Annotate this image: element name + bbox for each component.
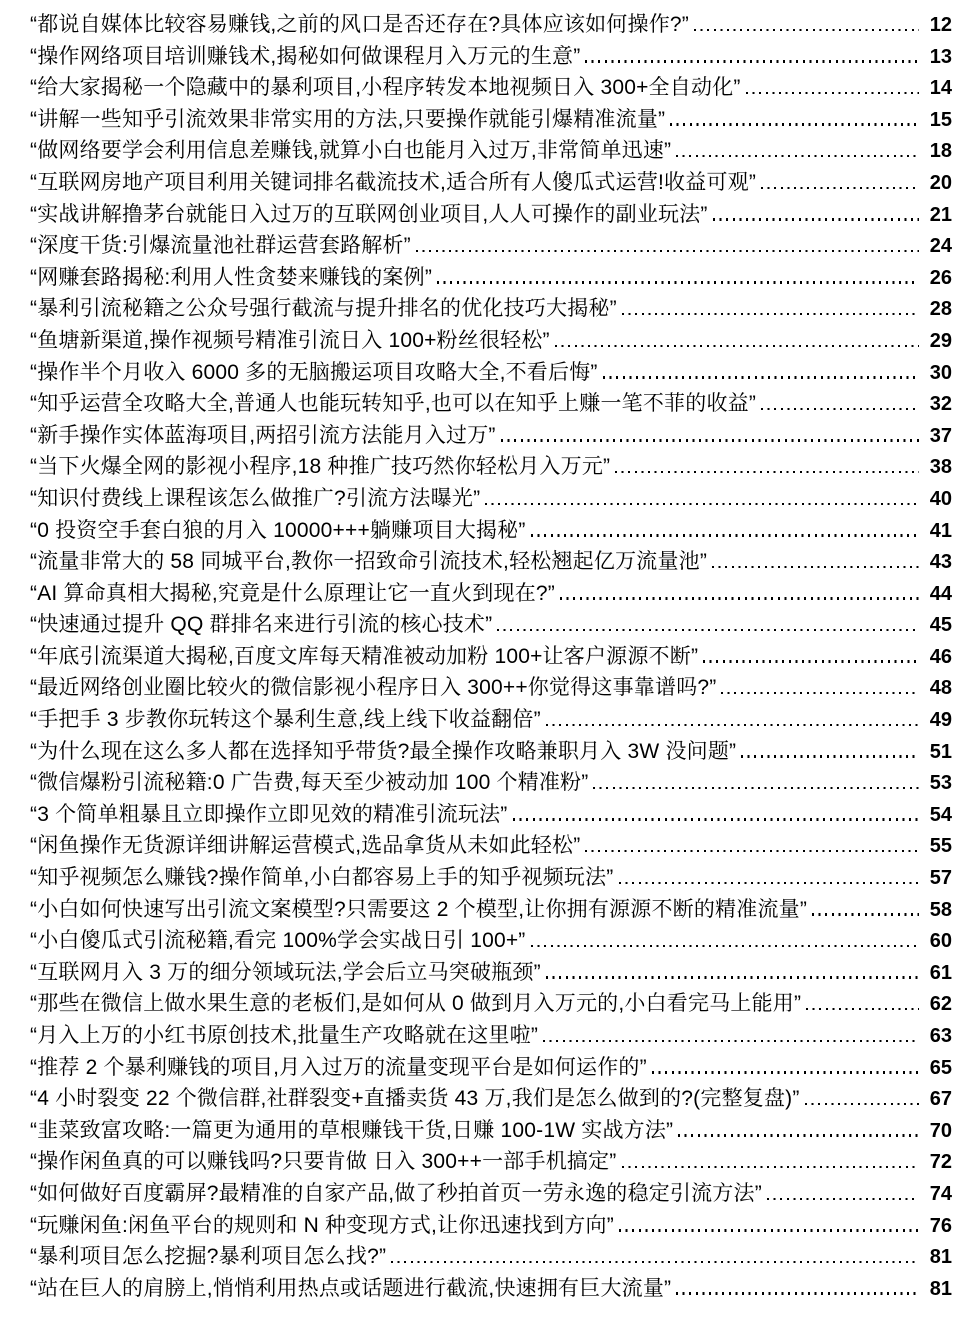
toc-entry-title: “那些在微信上做水果生意的老板们,是如何从 0 做到月入万元的,小白看完马上能用… [30, 988, 801, 1020]
toc-entry-page: 46 [920, 642, 952, 674]
toc-entry-title: “3 个简单粗暴且立即操作立即见效的精准引流玩法” [30, 799, 508, 831]
toc-entry-page: 32 [920, 389, 952, 421]
toc-entry-title: “网赚套路揭秘:利用人性贪婪来赚钱的案例” [30, 262, 432, 294]
toc-entry-title: “暴利项目怎么挖掘?暴利项目怎么找?” [30, 1241, 386, 1273]
toc-entry-title: “快速通过提升 QQ 群排名来进行引流的核心技术” [30, 609, 492, 641]
toc-entry[interactable]: “小白如何快速写出引流文案模型?只需要这 2 个模型,让你拥有源源不断的精准流量… [30, 894, 952, 926]
toc-entry-title: “闲鱼操作无货源详细讲解运营模式,选品拿货从未如此轻松” [30, 830, 580, 862]
dot-leader [703, 660, 919, 662]
toc-entry[interactable]: “月入上万的小红书原创技术,批量生产攻略就在这里啦” 63 [30, 1020, 952, 1052]
dot-leader [485, 503, 919, 505]
toc-entry[interactable]: “鱼塘新渠道,操作视频号精准引流日入 100+粉丝很轻松” 29 [30, 325, 952, 357]
toc-entry-page: 24 [920, 231, 952, 263]
dot-leader [593, 787, 919, 789]
toc-entry-title: “互联网月入 3 万的细分领域玩法,学会后立马突破瓶颈” [30, 957, 541, 989]
toc-entry[interactable]: “为什么现在这么多人都在选择知乎带货?最全操作攻略兼职月入 3W 没问题” 51 [30, 736, 952, 768]
toc-entry[interactable]: “操作网络项目培训赚钱术,揭秘如何做课程月入万元的生意” 13 [30, 41, 952, 73]
toc-entry-title: “给大家揭秘一个隐藏中的暴利项目,小程序转发本地视频日入 300+全自动化” [30, 72, 741, 104]
dot-leader [619, 882, 920, 884]
toc-entry[interactable]: “都说自媒体比较容易赚钱,之前的风口是否还存在?具体应该如何操作?” 12 [30, 9, 952, 41]
toc-entry-page: 40 [920, 484, 952, 516]
toc-entry-title: “小白傻瓜式引流秘籍,看完 100%学会实战日引 100+” [30, 925, 526, 957]
toc-entry[interactable]: “AI 算命真相大揭秘,究竟是什么原理让它一直火到现在?” 44 [30, 578, 952, 610]
toc-entry-title: “互联网房地产项目利用关键词排名截流技术,适合所有人傻瓜式运营!收益可观” [30, 167, 756, 199]
toc-entry-title: “实战讲解撸茅台就能日入过万的互联网创业项目,人人可操作的副业玩法” [30, 199, 708, 231]
toc-entry-page: 14 [920, 73, 952, 105]
dot-leader [622, 313, 919, 315]
toc-entry-page: 41 [920, 516, 952, 548]
toc-entry-page: 63 [920, 1021, 952, 1053]
toc-entry-page: 53 [920, 768, 952, 800]
toc-entry[interactable]: “操作闲鱼真的可以赚钱吗?只要肯做 日入 300++一部手机搞定” 72 [30, 1146, 952, 1178]
dot-leader [761, 408, 919, 410]
toc-entry-page: 54 [920, 800, 952, 832]
toc-entry-page: 29 [920, 326, 952, 358]
toc-entry[interactable]: “微信爆粉引流秘籍:0 广告费,每天至少被动加 100 个精准粉” 53 [30, 767, 952, 799]
toc-entry[interactable]: “手把手 3 步教你玩转这个暴利生意,线上线下收益翻倍” 49 [30, 704, 952, 736]
toc-entry[interactable]: “站在巨人的肩膀上,悄悄利用热点或话题进行截流,快速拥有巨大流量” 81 [30, 1273, 952, 1305]
toc-entry[interactable]: “0 投资空手套白狼的月入 10000+++躺赚项目大揭秘” 41 [30, 515, 952, 547]
dot-leader [761, 187, 919, 189]
toc-entry-page: 81 [920, 1274, 952, 1306]
toc-entry-page: 21 [920, 200, 952, 232]
toc-entry-page: 65 [920, 1053, 952, 1085]
dot-leader [652, 1071, 919, 1073]
toc-entry-page: 70 [920, 1116, 952, 1148]
dot-leader [676, 155, 919, 157]
toc-entry-title: “都说自媒体比较容易赚钱,之前的风口是否还存在?具体应该如何操作?” [30, 9, 689, 41]
dot-leader [585, 850, 919, 852]
dot-leader [513, 818, 920, 820]
toc-entry[interactable]: “最近网络创业圈比较火的微信影视小程序日入 300++你觉得这事靠谱吗?” 48 [30, 672, 952, 704]
dot-leader [812, 913, 919, 915]
toc-entry-title: “推荐 2 个暴利赚钱的项目,月入过万的流量变现平台是如何运作的” [30, 1052, 647, 1084]
toc-entry[interactable]: “暴利引流秘籍之公众号强行截流与提升排名的优化技巧大揭秘” 28 [30, 293, 952, 325]
toc-entry-title: “年底引流渠道大揭秘,百度文库每天精准被动加粉 100+让客户源源不断” [30, 641, 698, 673]
toc-entry-title: “深度干货:引爆流量池社群运营套路解析” [30, 230, 411, 262]
dot-leader [497, 629, 919, 631]
toc-entry-title: “操作半个月收入 6000 多的无脑搬运项目攻略大全,不看后悔” [30, 357, 598, 389]
toc-entry[interactable]: “流量非常大的 58 同城平台,教你一招致命引流技术,轻松翘起亿万流量池” 43 [30, 546, 952, 578]
toc-entry[interactable]: “小白傻瓜式引流秘籍,看完 100%学会实战日引 100+” 60 [30, 925, 952, 957]
toc-entry-page: 45 [920, 610, 952, 642]
toc-entry-title: “手把手 3 步教你玩转这个暴利生意,线上线下收益翻倍” [30, 704, 541, 736]
toc-entry[interactable]: “实战讲解撸茅台就能日入过万的互联网创业项目,人人可操作的副业玩法” 21 [30, 199, 952, 231]
dot-leader [531, 534, 919, 536]
toc-entry[interactable]: “做网络要学会利用信息差赚钱,就算小白也能月入过万,非常简单迅速” 18 [30, 135, 952, 167]
dot-leader [619, 1229, 919, 1231]
dot-leader [746, 92, 919, 94]
toc-entry[interactable]: “互联网月入 3 万的细分领域玩法,学会后立马突破瓶颈” 61 [30, 957, 952, 989]
toc-entry[interactable]: “推荐 2 个暴利赚钱的项目,月入过万的流量变现平台是如何运作的” 65 [30, 1052, 952, 1084]
toc-entry[interactable]: “3 个简单粗暴且立即操作立即见效的精准引流玩法” 54 [30, 799, 952, 831]
toc-entry[interactable]: “当下火爆全网的影视小程序,18 种推广技巧然你轻松月入万元” 38 [30, 451, 952, 483]
toc-entry-page: 26 [920, 263, 952, 295]
toc-entry-page: 74 [920, 1179, 952, 1211]
toc-entry-page: 58 [920, 895, 952, 927]
toc-entry-page: 51 [920, 737, 952, 769]
toc-entry-page: 37 [920, 421, 952, 453]
toc-entry-title: “操作网络项目培训赚钱术,揭秘如何做课程月入万元的生意” [30, 41, 580, 73]
toc-entry-title: “流量非常大的 58 同城平台,教你一招致命引流技术,轻松翘起亿万流量池” [30, 546, 707, 578]
toc-entry[interactable]: “给大家揭秘一个隐藏中的暴利项目,小程序转发本地视频日入 300+全自动化” 1… [30, 72, 952, 104]
toc-entry-title: “韭菜致富攻略:一篇更为通用的草根赚钱干货,日赚 100-1W 实战方法” [30, 1115, 673, 1147]
toc-entry-title: “微信爆粉引流秘籍:0 广告费,每天至少被动加 100 个精准粉” [30, 767, 588, 799]
dot-leader [741, 755, 919, 757]
toc-entry[interactable]: “深度干货:引爆流量池社群运营套路解析” 24 [30, 230, 952, 262]
dot-leader [546, 976, 919, 978]
toc-entry-title: “操作闲鱼真的可以赚钱吗?只要肯做 日入 300++一部手机搞定” [30, 1146, 617, 1178]
dot-leader [531, 945, 920, 947]
toc-entry-page: 28 [920, 294, 952, 326]
toc-entry-title: “知乎运营全攻略大全,普通人也能玩转知乎,也可以在知乎上赚一笔不菲的收益” [30, 388, 756, 420]
toc-entry-page: 30 [920, 358, 952, 390]
toc-entry[interactable]: “讲解一些知乎引流效果非常实用的方法,只要操作就能引爆精准流量” 15 [30, 104, 952, 136]
toc-entry[interactable]: “知识付费线上课程该怎么做推广?引流方法曝光” 40 [30, 483, 952, 515]
toc-entry-page: 43 [920, 547, 952, 579]
dot-leader [546, 724, 919, 726]
toc-entry[interactable]: “快速通过提升 QQ 群排名来进行引流的核心技术” 45 [30, 609, 952, 641]
dot-leader [437, 281, 919, 283]
toc-entry-title: “知识付费线上课程该怎么做推广?引流方法曝光” [30, 483, 480, 515]
toc-entry[interactable]: “闲鱼操作无货源详细讲解运营模式,选品拿货从未如此轻松” 55 [30, 830, 952, 862]
dot-leader [615, 471, 919, 473]
toc-entry[interactable]: “年底引流渠道大揭秘,百度文库每天精准被动加粉 100+让客户源源不断” 46 [30, 641, 952, 673]
toc-entry-page: 44 [920, 579, 952, 611]
toc-list: “都说自媒体比较容易赚钱,之前的风口是否还存在?具体应该如何操作?” 12 “操… [30, 9, 952, 1304]
toc-entry[interactable]: “新手操作实体蓝海项目,两招引流方法能月入过万” 37 [30, 420, 952, 452]
dot-leader [721, 692, 919, 694]
toc-entry-title: “玩赚闲鱼:闲鱼平台的规则和 N 种变现方式,让你迅速找到方向” [30, 1210, 614, 1242]
toc-entry-title: “新手操作实体蓝海项目,两招引流方法能月入过万” [30, 420, 496, 452]
dot-leader [560, 597, 919, 599]
toc-entry[interactable]: “暴利项目怎么挖掘?暴利项目怎么找?” 81 [30, 1241, 952, 1273]
toc-entry-title: “4 小时裂变 22 个微信群,社群裂变+直播卖货 43 万,我们是怎么做到的?… [30, 1083, 800, 1115]
toc-entry[interactable]: “知乎视频怎么赚钱?操作简单,小白都容易上手的知乎视频玩法” 57 [30, 862, 952, 894]
toc-entry-title: “讲解一些知乎引流效果非常实用的方法,只要操作就能引爆精准流量” [30, 104, 665, 136]
toc-entry[interactable]: “如何做好百度霸屏?最精准的自家产品,做了秒拍首页一劳永逸的稳定引流方法” 74 [30, 1178, 952, 1210]
toc-entry-title: “0 投资空手套白狼的月入 10000+++躺赚项目大揭秘” [30, 515, 526, 547]
toc-entry[interactable]: “4 小时裂变 22 个微信群,社群裂变+直播卖货 43 万,我们是怎么做到的?… [30, 1083, 952, 1115]
dot-leader [391, 1261, 919, 1263]
dot-leader [416, 250, 919, 252]
toc-entry[interactable]: “操作半个月收入 6000 多的无脑搬运项目攻略大全,不看后悔” 30 [30, 357, 952, 389]
toc-entry-page: 76 [920, 1211, 952, 1243]
toc-entry-page: 13 [920, 42, 952, 74]
toc-entry-title: “如何做好百度霸屏?最精准的自家产品,做了秒拍首页一劳永逸的稳定引流方法” [30, 1178, 762, 1210]
toc-entry-title: “为什么现在这么多人都在选择知乎带货?最全操作攻略兼职月入 3W 没问题” [30, 736, 736, 768]
toc-entry-page: 62 [920, 989, 952, 1021]
dot-leader [806, 1008, 919, 1010]
toc-entry-page: 38 [920, 452, 952, 484]
dot-leader [805, 1103, 919, 1105]
dot-leader [501, 439, 919, 441]
document-page: “都说自媒体比较容易赚钱,之前的风口是否还存在?具体应该如何操作?” 12 “操… [0, 0, 976, 1332]
toc-entry[interactable]: “韭菜致富攻略:一篇更为通用的草根赚钱干货,日赚 100-1W 实战方法” 70 [30, 1115, 952, 1147]
toc-entry-page: 67 [920, 1084, 952, 1116]
toc-entry-page: 81 [920, 1242, 952, 1274]
toc-entry-page: 15 [920, 105, 952, 137]
dot-leader [585, 60, 919, 62]
toc-entry-title: “小白如何快速写出引流文案模型?只需要这 2 个模型,让你拥有源源不断的精准流量… [30, 894, 807, 926]
toc-entry-title: “鱼塘新渠道,操作视频号精准引流日入 100+粉丝很轻松” [30, 325, 550, 357]
toc-entry-title: “最近网络创业圈比较火的微信影视小程序日入 300++你觉得这事靠谱吗?” [30, 672, 716, 704]
dot-leader [670, 123, 919, 125]
toc-entry-title: “站在巨人的肩膀上,悄悄利用热点或话题进行截流,快速拥有巨大流量” [30, 1273, 671, 1305]
toc-entry[interactable]: “网赚套路揭秘:利用人性贪婪来赚钱的案例” 26 [30, 262, 952, 294]
toc-entry-page: 61 [920, 958, 952, 990]
dot-leader [713, 218, 919, 220]
toc-entry[interactable]: “知乎运营全攻略大全,普通人也能玩转知乎,也可以在知乎上赚一笔不菲的收益” 32 [30, 388, 952, 420]
dot-leader [676, 1292, 919, 1294]
toc-entry-title: “月入上万的小红书原创技术,批量生产攻略就在这里啦” [30, 1020, 538, 1052]
dot-leader [543, 1040, 919, 1042]
toc-entry-title: “当下火爆全网的影视小程序,18 种推广技巧然你轻松月入万元” [30, 451, 610, 483]
toc-entry-page: 60 [920, 926, 952, 958]
toc-entry-page: 48 [920, 673, 952, 705]
toc-entry-title: “做网络要学会利用信息差赚钱,就算小白也能月入过万,非常简单迅速” [30, 135, 671, 167]
dot-leader [603, 376, 919, 378]
dot-leader [622, 1166, 920, 1168]
toc-entry-page: 18 [920, 136, 952, 168]
dot-leader [712, 566, 919, 568]
dot-leader [694, 29, 919, 31]
dot-leader [678, 1134, 919, 1136]
toc-entry-page: 49 [920, 705, 952, 737]
toc-entry-page: 57 [920, 863, 952, 895]
toc-entry[interactable]: “玩赚闲鱼:闲鱼平台的规则和 N 种变现方式,让你迅速找到方向” 76 [30, 1210, 952, 1242]
toc-entry[interactable]: “互联网房地产项目利用关键词排名截流技术,适合所有人傻瓜式运营!收益可观” 20 [30, 167, 952, 199]
toc-entry-page: 12 [920, 10, 952, 42]
toc-entry[interactable]: “那些在微信上做水果生意的老板们,是如何从 0 做到月入万元的,小白看完马上能用… [30, 988, 952, 1020]
dot-leader [555, 345, 919, 347]
toc-entry-title: “知乎视频怎么赚钱?操作简单,小白都容易上手的知乎视频玩法” [30, 862, 614, 894]
toc-entry-page: 55 [920, 831, 952, 863]
dot-leader [767, 1198, 919, 1200]
toc-entry-title: “AI 算命真相大揭秘,究竟是什么原理让它一直火到现在?” [30, 578, 555, 610]
toc-entry-title: “暴利引流秘籍之公众号强行截流与提升排名的优化技巧大揭秘” [30, 293, 617, 325]
toc-entry-page: 20 [920, 168, 952, 200]
toc-entry-page: 72 [920, 1147, 952, 1179]
